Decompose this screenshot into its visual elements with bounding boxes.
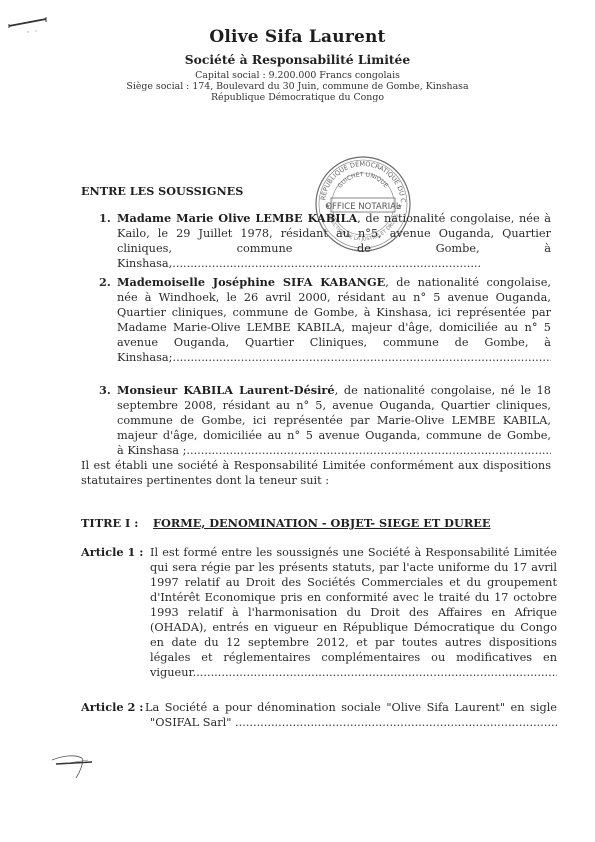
article-2: Article 2 : La Société a pour dénominati…: [81, 700, 557, 730]
article-text: Il est formé entre les soussignés une So…: [150, 545, 557, 665]
capital-social: Capital social : 9.200.000 Francs congol…: [0, 70, 595, 81]
svg-text:GUICHET UNIQUE: GUICHET UNIQUE: [336, 171, 389, 189]
company-type: Société à Responsabilité Limitée: [0, 52, 595, 67]
party-name: Monsieur KABILA Laurent-Désiré: [117, 383, 335, 397]
party-2: 2. Mademoiselle Joséphine SIFA KABANGE, …: [117, 275, 551, 365]
svg-text:★: ★: [397, 203, 402, 210]
parties-heading: ENTRE LES SOUSSIGNES: [81, 184, 243, 198]
party-1: 1. Madame Marie Olive LEMBE KABILA, de n…: [117, 211, 551, 271]
party-3: 3. Monsieur KABILA Laurent-Désiré, de na…: [117, 383, 551, 458]
siege-social: Siège social : 174, Boulevard du 30 Juin…: [0, 81, 595, 92]
intro-paragraph: Il est établi une société à Responsabili…: [81, 458, 551, 488]
article-label: Article 1 :: [81, 545, 143, 560]
company-name: Olive Sifa Laurent: [0, 27, 595, 47]
article-text: La Société a pour dénomination sociale "…: [145, 700, 557, 715]
article-label: Article 2 :: [81, 700, 143, 715]
svg-text:★: ★: [325, 203, 330, 210]
titre-heading: TITRE I :FORME, DENOMINATION - OBJET- SI…: [81, 516, 490, 530]
party-name: Mademoiselle Joséphine SIFA KABANGE: [117, 275, 385, 289]
country: République Démocratique du Congo: [0, 92, 595, 103]
article-1: Article 1 : Il est formé entre les souss…: [81, 545, 557, 680]
signature-icon: [48, 750, 96, 780]
party-name: Madame Marie Olive LEMBE KABILA: [117, 211, 357, 225]
